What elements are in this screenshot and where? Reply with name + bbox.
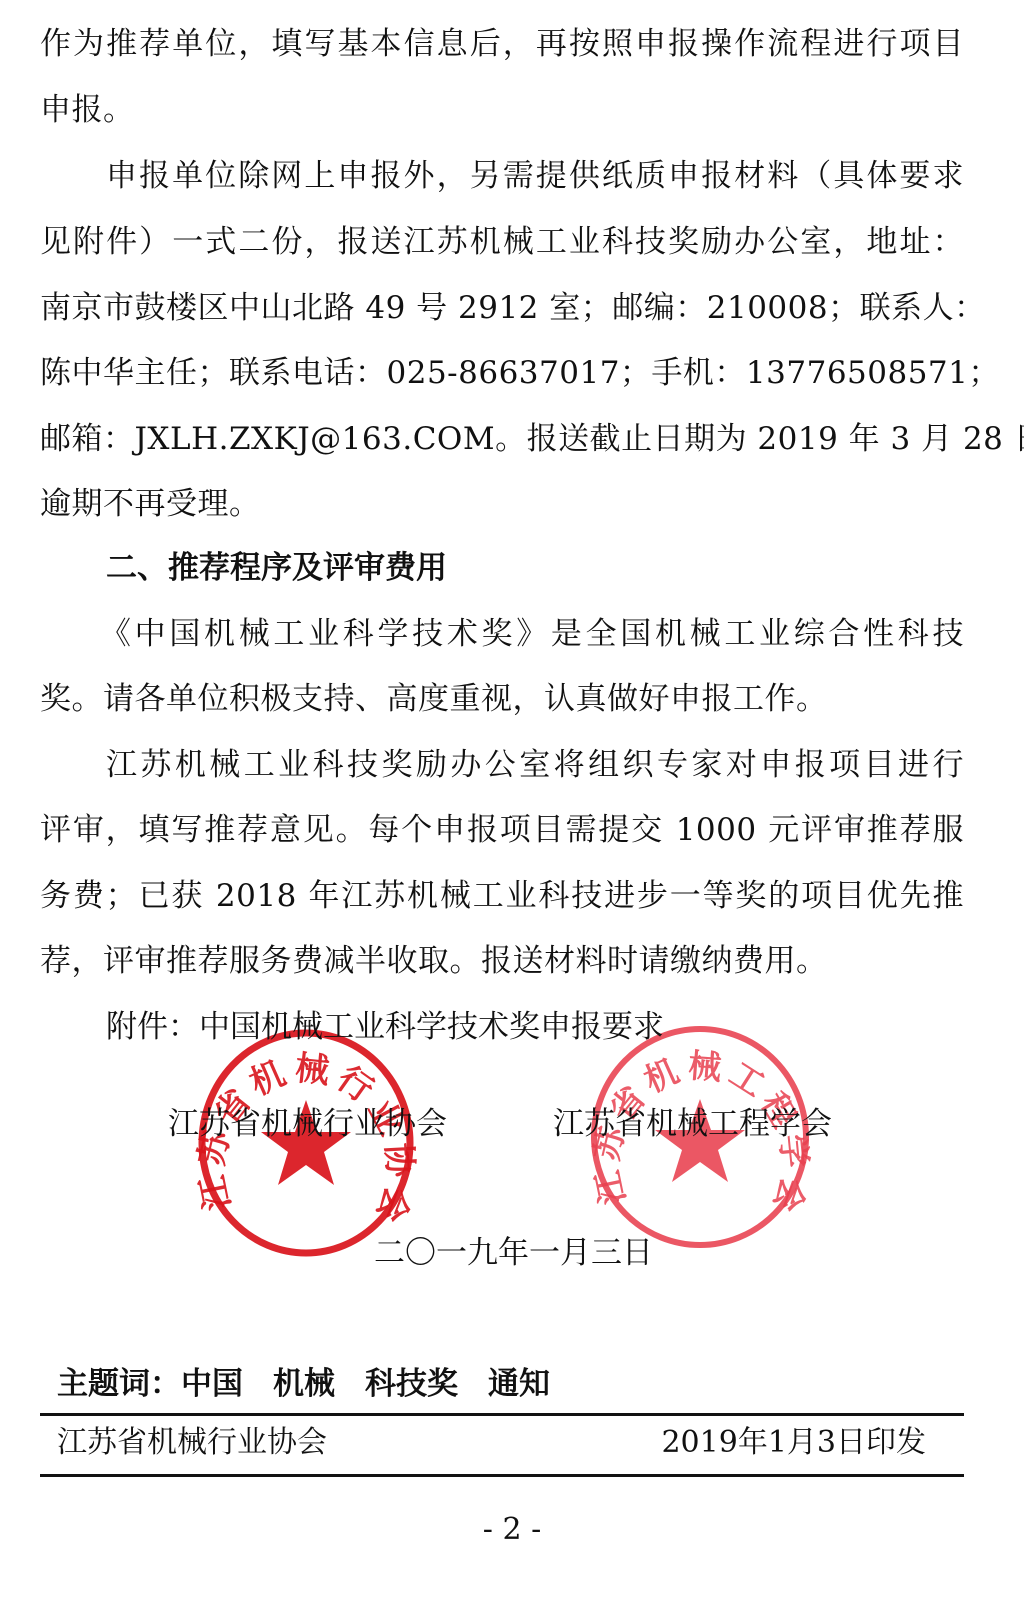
paragraph-line: 邮箱：JXLH.ZXKJ@163.COM。报送截止日期为 2019 年 3 月 … bbox=[40, 419, 964, 459]
issuing-organization: 江苏省机械行业协会 bbox=[57, 1423, 327, 1463]
paragraph-line: 南京市鼓楼区中山北路 49 号 2912 室；邮编：210008；联系人： bbox=[40, 288, 964, 328]
keywords-label: 主题词： bbox=[57, 1366, 181, 1402]
paragraph-line: 见附件）一式二份，报送江苏机械工业科技奖励办公室，地址： bbox=[40, 222, 964, 262]
section-heading: 二、推荐程序及评审费用 bbox=[106, 548, 447, 588]
keyword: 中国 bbox=[181, 1366, 243, 1402]
paragraph-line: 评审，填写推荐意见。每个申报项目需提交 1000 元评审推荐服 bbox=[40, 810, 964, 850]
keyword: 通知 bbox=[488, 1366, 550, 1402]
footer-rule-bottom bbox=[40, 1474, 964, 1477]
paragraph-line: 逾期不再受理。 bbox=[40, 484, 964, 524]
document-page: 作为推荐单位，填写基本信息后，再按照申报操作流程进行项目 申报。 申报单位除网上… bbox=[0, 0, 1024, 1622]
keyword: 机械 bbox=[273, 1366, 335, 1402]
paragraph-line: 申报。 bbox=[40, 90, 964, 130]
subject-keywords: 主题词：中国机械科技奖通知 bbox=[57, 1364, 580, 1404]
keyword: 科技奖 bbox=[365, 1366, 458, 1402]
document-date: 二〇一九年一月三日 bbox=[374, 1233, 653, 1273]
attachment-note: 附件：中国机械工业科学技术奖申报要求 bbox=[106, 1007, 664, 1047]
paragraph-line: 《中国机械工业科学技术奖》是全国机械工业综合性科技 bbox=[100, 614, 964, 654]
paragraph-line: 作为推荐单位，填写基本信息后，再按照申报操作流程进行项目 bbox=[40, 24, 964, 64]
paragraph-line: 奖。请各单位积极支持、高度重视，认真做好申报工作。 bbox=[40, 679, 964, 719]
paragraph-line: 陈中华主任；联系电话：025-86637017；手机：13776508571； bbox=[40, 353, 964, 393]
signatory-mechanical-engineering-society: 江苏省机械工程学会 bbox=[553, 1104, 832, 1144]
signatory-machinery-industry-association: 江苏省机械行业协会 bbox=[168, 1104, 447, 1144]
paragraph-line: 江苏机械工业科技奖励办公室将组织专家对申报项目进行 bbox=[106, 745, 964, 785]
paragraph-line: 务费；已获 2018 年江苏机械工业科技进步一等奖的项目优先推 bbox=[40, 876, 964, 916]
paragraph-line: 申报单位除网上申报外，另需提供纸质申报材料（具体要求 bbox=[106, 156, 964, 196]
paragraph-line: 荐，评审推荐服务费减半收取。报送材料时请缴纳费用。 bbox=[40, 941, 964, 981]
page-number: - 2 - bbox=[0, 1510, 1024, 1550]
footer-rule-top bbox=[40, 1413, 964, 1416]
issue-date: 2019年1月3日印发 bbox=[661, 1423, 926, 1463]
